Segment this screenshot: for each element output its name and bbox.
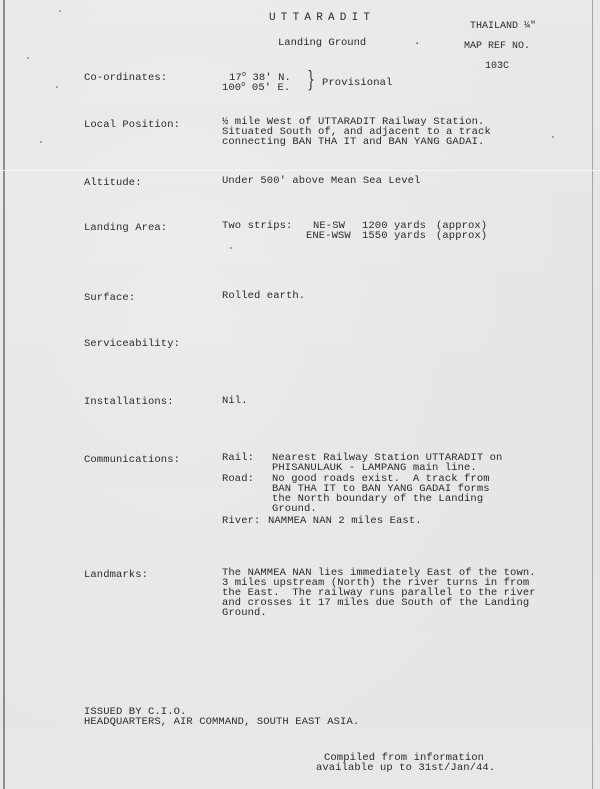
map-reference: THAILAND ¼" MAP REF NO. 103C bbox=[458, 12, 536, 82]
strip-note: (approx) bbox=[436, 231, 487, 241]
paper-fold-line bbox=[0, 170, 600, 171]
document-subtitle: Landing Ground bbox=[278, 37, 366, 49]
paper-speck bbox=[40, 141, 42, 143]
communications-label: Communications: bbox=[84, 455, 180, 465]
page-edge-right bbox=[592, 0, 593, 789]
surface-value: Rolled earth. bbox=[222, 291, 305, 301]
compiled-date: available up to 31st/Jan/44. bbox=[316, 763, 495, 773]
river-value: NAMMEA NAN 2 miles East. bbox=[268, 516, 422, 526]
coordinates-note: Provisional bbox=[322, 78, 392, 88]
paper-speck bbox=[27, 57, 29, 59]
map-ref-number: 103C bbox=[458, 62, 536, 72]
stray-mark: . bbox=[414, 36, 420, 48]
paper-speck bbox=[552, 136, 554, 138]
strip-direction: ENE-WSW bbox=[306, 231, 351, 241]
serviceability-label: Serviceability: bbox=[84, 339, 180, 349]
installations-label: Installations: bbox=[84, 397, 174, 407]
landmarks-line: and crosses it 17 miles due South of the… bbox=[222, 598, 529, 608]
lon-minutes: 05' E. bbox=[246, 82, 291, 94]
road-key: Road: bbox=[222, 474, 254, 484]
issuing-headquarters: HEADQUARTERS, AIR COMMAND, SOUTH EAST AS… bbox=[84, 717, 359, 727]
document-title: UTTARADIT bbox=[269, 12, 375, 24]
paper-speck bbox=[56, 86, 58, 88]
surface-label: Surface: bbox=[84, 293, 135, 303]
page-edge-left bbox=[3, 0, 5, 789]
paper-speck bbox=[230, 247, 232, 249]
river-key: River: bbox=[222, 516, 260, 526]
landmarks-line: Ground. bbox=[222, 608, 267, 618]
map-ref-line2: MAP REF NO. bbox=[464, 41, 530, 52]
altitude-label: Altitude: bbox=[84, 178, 142, 188]
landmarks-label: Landmarks: bbox=[84, 570, 148, 580]
coordinates-label: Co-ordinates: bbox=[84, 73, 167, 83]
lon-degrees: 100 bbox=[222, 82, 241, 94]
altitude-value: Under 500' above Mean Sea Level bbox=[222, 176, 420, 186]
strip-length: 1550 yards bbox=[362, 231, 426, 241]
map-ref-line1: THAILAND ¼" bbox=[470, 21, 536, 32]
local-position-line: connecting BAN THA IT and BAN YANG GADAI… bbox=[222, 137, 484, 147]
road-line: Ground. bbox=[272, 504, 317, 514]
installations-value: Nil. bbox=[222, 396, 248, 406]
landing-area-prefix: Two strips: bbox=[222, 221, 292, 231]
rail-key: Rail: bbox=[222, 453, 254, 463]
paper-speck bbox=[59, 10, 61, 12]
rail-line: PHISANULAUK - LAMPANG main line. bbox=[272, 463, 477, 473]
coordinates-brace: } bbox=[307, 70, 315, 92]
local-position-label: Local Position: bbox=[84, 120, 180, 130]
landing-area-label: Landing Area: bbox=[84, 223, 167, 233]
coordinates-longitude: 100o 05' E. bbox=[222, 80, 290, 93]
